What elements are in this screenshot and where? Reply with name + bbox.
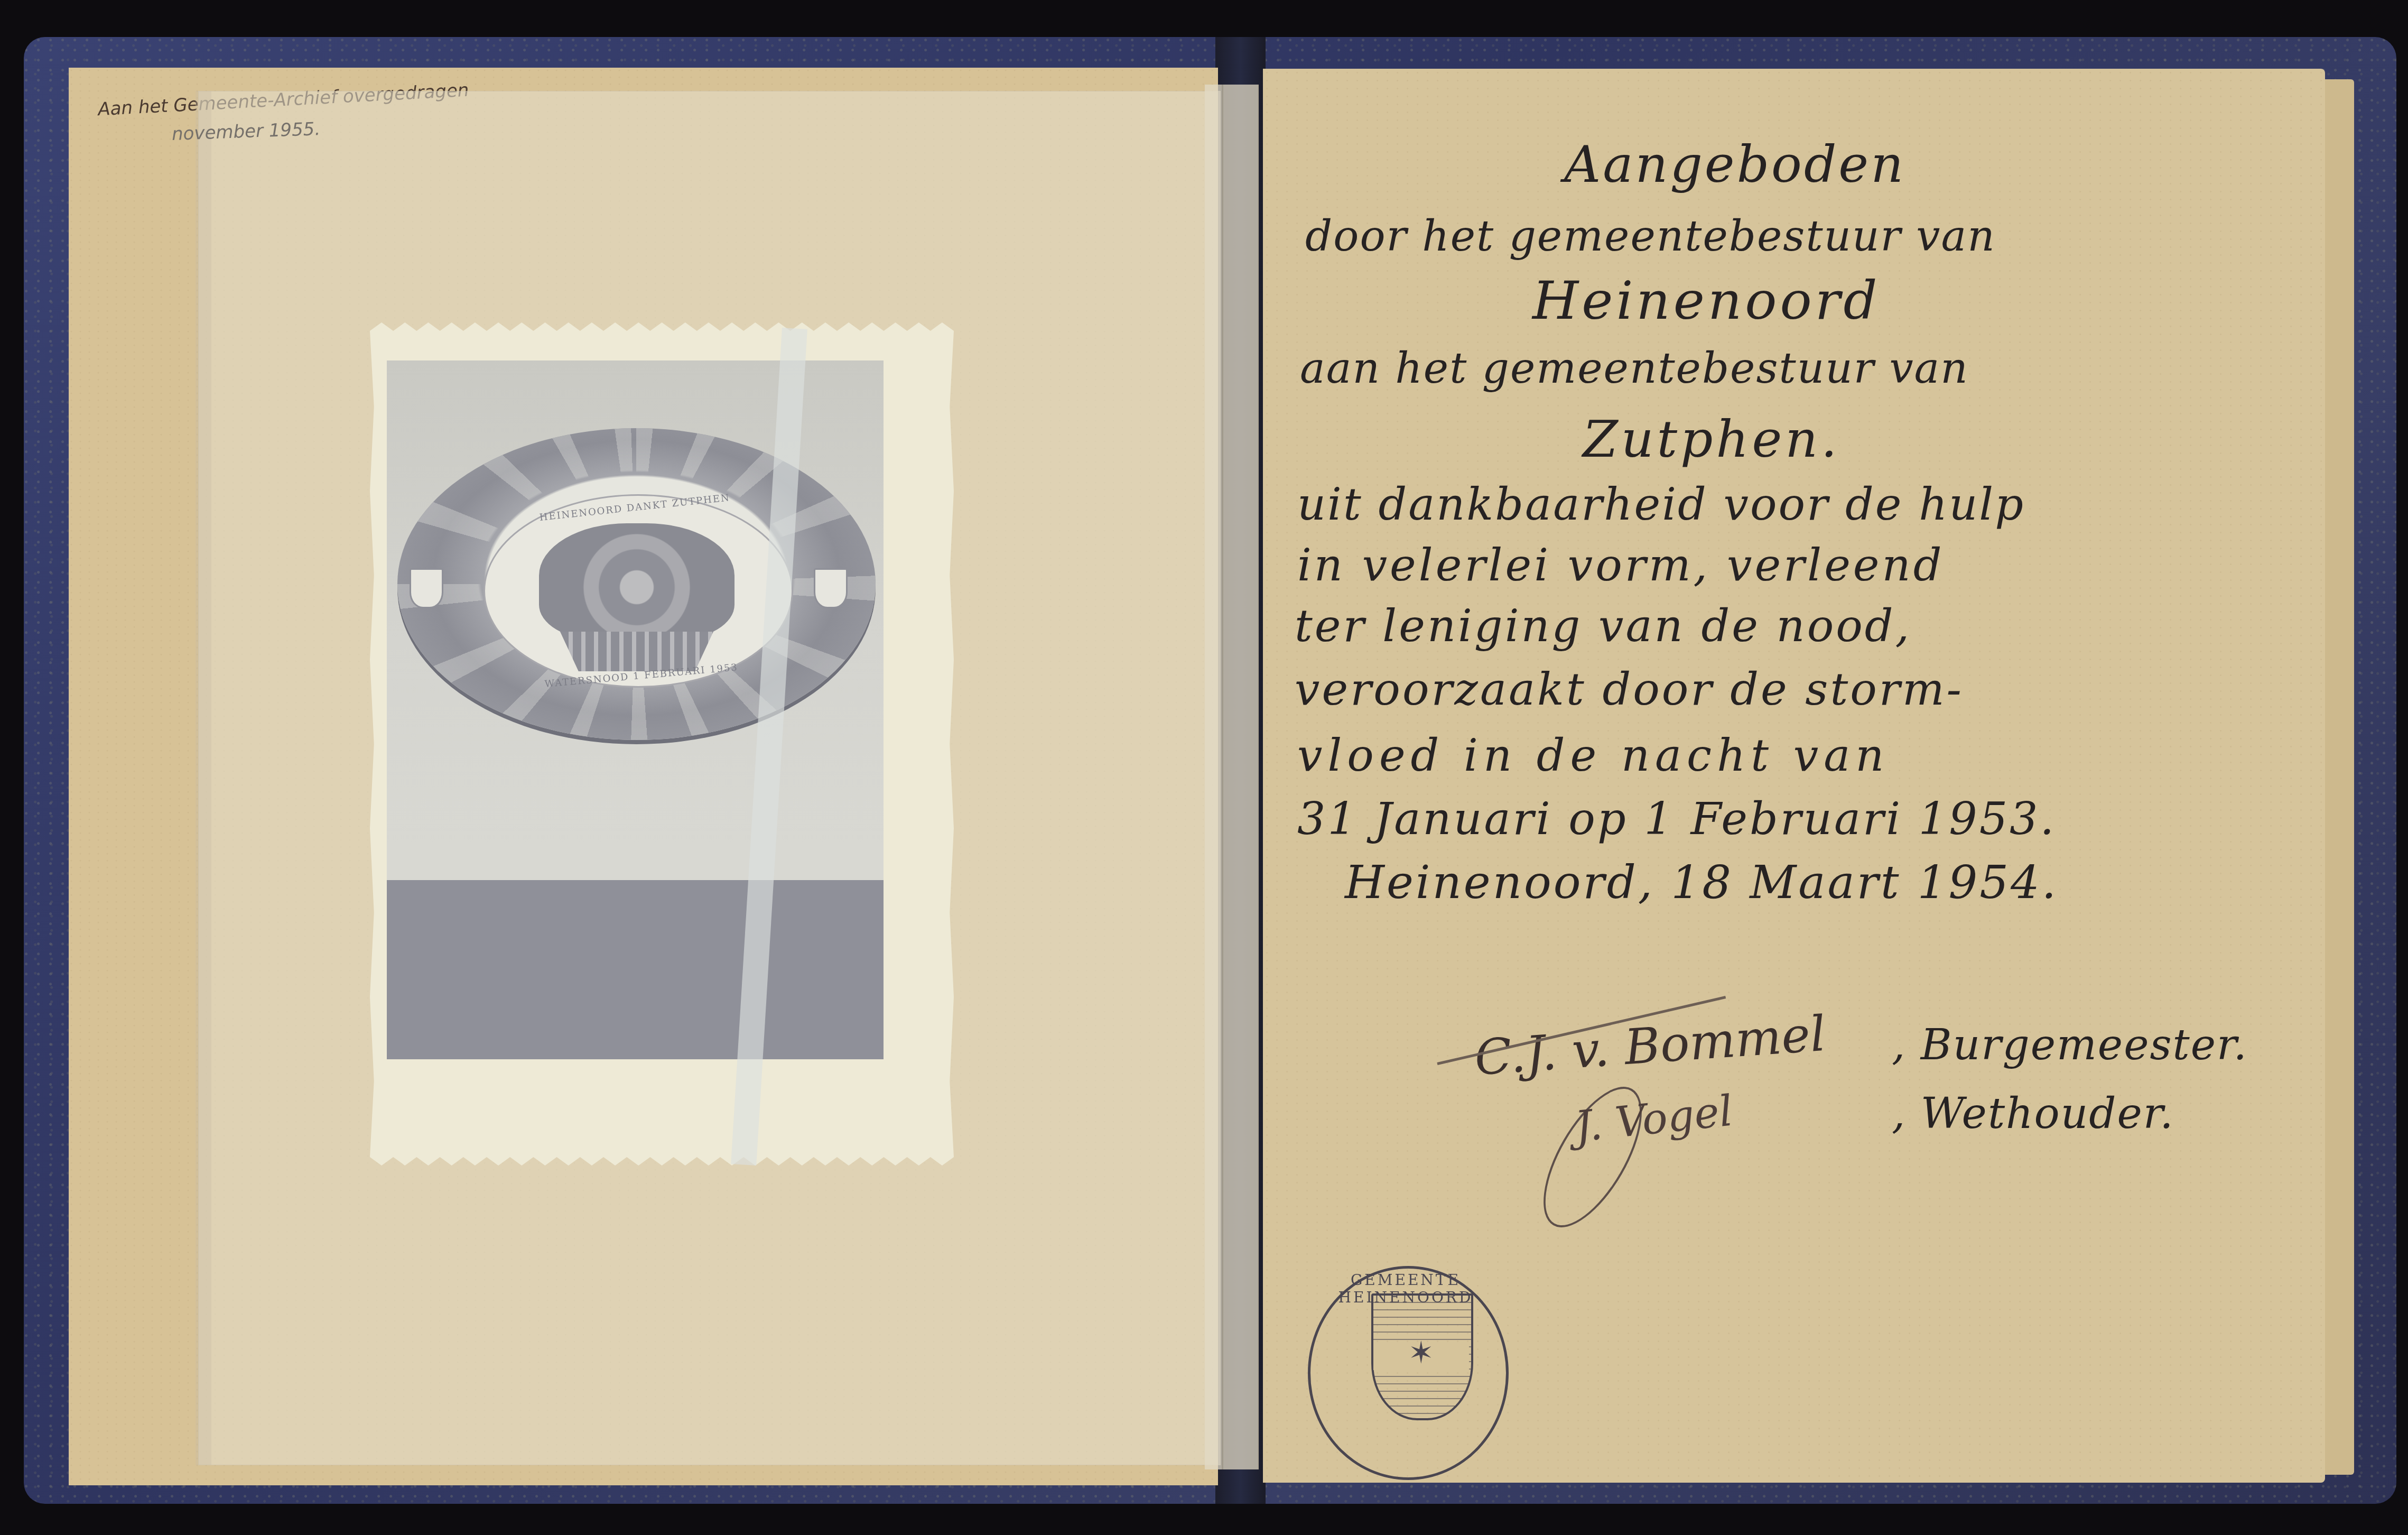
- stamp-text: GEMEENTE HEINENOORD: [1332, 1271, 1480, 1306]
- flower-basket-icon: [560, 632, 713, 671]
- dedication-line: veroorzaakt door de storm-: [1295, 663, 1964, 715]
- dedication-line-date-event: 31 Januari op 1 Februari 1953.: [1297, 793, 2056, 845]
- coat-of-arms-zutphen-icon: [814, 568, 848, 608]
- role-burgemeester: , Burgemeester.: [1892, 1020, 2248, 1069]
- role-wethouder: , Wethouder.: [1892, 1089, 2174, 1138]
- star-icon: ✶: [1408, 1335, 1434, 1371]
- dedication-line: in velerlei vorm, verleend: [1297, 539, 1944, 591]
- dedication-line: door het gemeentebestuur van: [1305, 211, 1996, 261]
- binding-tape-strip: [1205, 85, 1259, 1469]
- dedication-line: ter leniging van de nood,: [1295, 600, 1911, 652]
- flower-bouquet-icon: [539, 523, 735, 640]
- dedication-line: vloed in de nacht van: [1297, 729, 1889, 781]
- binding-thread: [1222, 85, 1223, 1469]
- dedication-line: aan het gemeentebestuur van: [1300, 344, 1969, 393]
- dedication-place-date: Heinenoord, 18 Maart 1954.: [1345, 856, 2058, 909]
- dedication-line-recipient: Zutphen.: [1583, 410, 1840, 469]
- dedication-line-giver: Heinenoord: [1532, 270, 1881, 331]
- dedication-title: Aangeboden: [1564, 135, 1905, 194]
- archive-note-line-2: november 1955.: [171, 116, 321, 147]
- photo-table-surface: [387, 880, 884, 1059]
- vellum-fold: [196, 91, 211, 1465]
- coat-of-arms-heinenoord-icon: [410, 568, 443, 608]
- dedication-line: uit dankbaarheid voor de hulp: [1297, 478, 2025, 530]
